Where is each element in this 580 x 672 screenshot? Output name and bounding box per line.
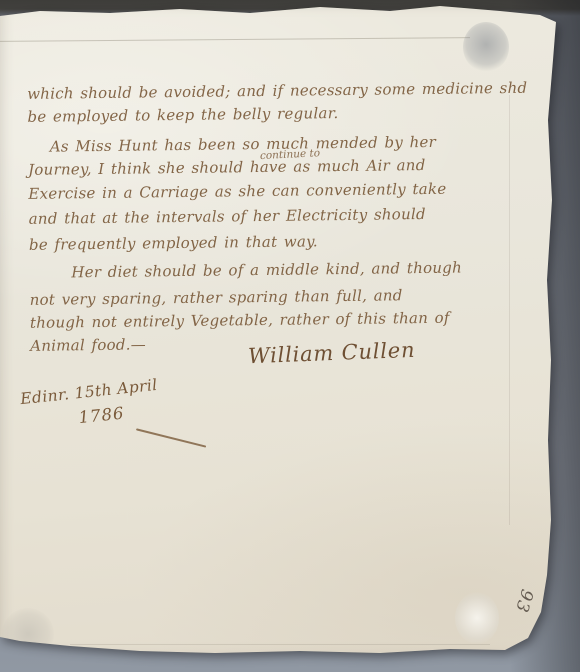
year-flourish-stroke: [136, 428, 206, 447]
paper-crease-top: [0, 37, 470, 42]
paper-crease-vertical: [509, 95, 510, 525]
signature-william-cullen: William Cullen: [248, 338, 416, 368]
manuscript-line: Animal food.—: [30, 335, 146, 354]
letter-body: which should be avoided; and if necessar…: [26, 0, 496, 3]
dateline-year: 1786: [78, 403, 126, 427]
manuscript-line: be employed to keep the belly regular.: [27, 104, 338, 126]
manuscript-line: not very sparing, rather sparing than fu…: [30, 286, 403, 309]
manuscript-line: Her diet should be of a middle kind, and…: [71, 259, 462, 282]
paper-crease-bottom: [70, 644, 490, 645]
seal-mark-bottom-right: [455, 592, 499, 644]
seal-mark-bottom-left: [2, 608, 54, 660]
manuscript-line: which should be avoided; and if necessar…: [27, 79, 527, 103]
folio-number: 93: [511, 587, 537, 615]
manuscript-line: Exercise in a Carriage as she can conven…: [28, 180, 446, 203]
manuscript-line: though not entirely Vegetable, rather of…: [30, 309, 450, 332]
top-edge-smudge: [124, 0, 145, 10]
manuscript-line: be frequently employed in that way.: [29, 232, 318, 254]
dateline: Edinr. 15th April 1786: [19, 376, 158, 408]
seal-mark-top-right: [463, 22, 509, 72]
paper-shadow-wrap: which should be avoided; and if necessar…: [0, 0, 580, 672]
dateline-place-date: Edinr. 15th April: [19, 376, 158, 408]
manuscript-line: and that at the intervals of her Electri…: [29, 205, 426, 228]
manuscript-line: As Miss Hunt has been so much mended by …: [50, 133, 436, 156]
manuscript-line: Journey, I think she should have as much…: [28, 156, 426, 179]
manuscript-page: which should be avoided; and if necessar…: [0, 0, 580, 672]
manuscript-photo: which should be avoided; and if necessar…: [0, 0, 580, 672]
